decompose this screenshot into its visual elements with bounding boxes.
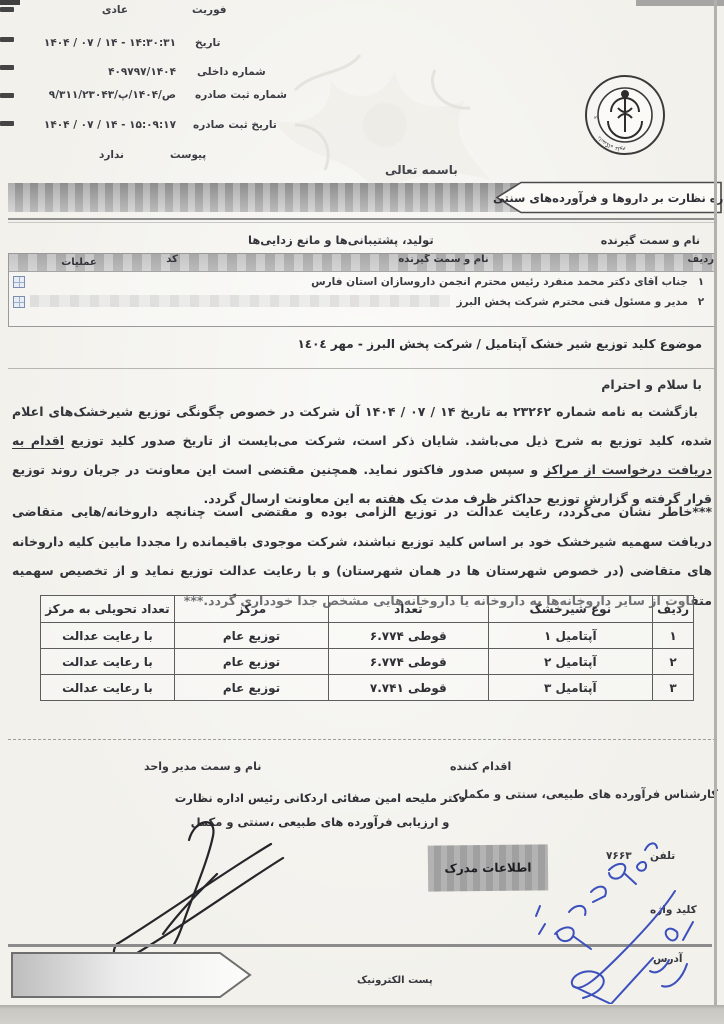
subject-divider	[8, 368, 716, 369]
scan-edge	[714, 0, 717, 1024]
distribution-table: ردیف نوع شیرخشک تعداد مرکز تعداد تحویلی …	[40, 595, 694, 701]
signature-divider	[8, 739, 716, 740]
attachment-label: پیوست	[170, 149, 206, 161]
recipient-name: جناب آقای دکتر محمد منفرد رئیس محترم انج…	[195, 276, 688, 288]
p1-text: بازگشت به نامه شماره ۲۳۲۶۲ به تاریخ ۱۴ /…	[12, 404, 712, 448]
cell-quantity: ۶.۷۷۴ قوطی	[329, 623, 488, 649]
divider-line-shadow	[8, 222, 716, 223]
scan-mark	[0, 0, 20, 5]
cell-milk-type: آپتامیل ۳	[488, 675, 653, 701]
salutation: با سلام و احترام	[601, 377, 702, 392]
outgoing-number-value: ص/۱۴۰۴/پ/۹/۳۱۱/۲۳۰۴۳	[49, 89, 176, 101]
dist-col-row: ردیف	[653, 596, 694, 623]
actor-title: کارشناس فرآورده های طبیعی، سنتی و مکمل	[458, 787, 718, 801]
dist-col-quantity: تعداد	[329, 596, 488, 623]
besmeleh-text: باسمه تعالی	[385, 163, 458, 177]
dist-col-center: مرکز	[174, 596, 328, 623]
cell-quantity: ۶.۷۷۴ قوطی	[329, 649, 488, 675]
recipients-table: ردیف نام و سمت گیرنده کد عملیات ۱ جناب آ…	[8, 253, 715, 327]
scanned-letter-page: فوریت عادی تاریخ ۱۴۰۴ / ۰۷ / ۱۴ - ۱۴:۳۰:…	[0, 0, 724, 1024]
scan-mark	[0, 65, 14, 70]
attachment-value: ندارد	[99, 149, 124, 161]
scan-edge	[0, 1005, 724, 1024]
cell-row-number: ۲	[653, 649, 694, 675]
divider-line	[8, 218, 716, 220]
distribution-row: ۱ آپتامیل ۱ ۶.۷۷۴ قوطی توزیع عام با رعای…	[41, 623, 694, 649]
body-paragraph-1: بازگشت به نامه شماره ۲۳۲۶۲ به تاریخ ۱۴ /…	[12, 397, 712, 513]
distribution-row: ۲ آپتامیل ۲ ۶.۷۷۴ قوطی توزیع عام با رعای…	[41, 649, 694, 675]
cell-milk-type: آپتامیل ۱	[488, 623, 653, 649]
cell-quantity: ۷.۷۴۱ قوطی	[329, 675, 488, 701]
cell-delivered: با رعایت عدالت	[41, 623, 175, 649]
date-value: ۱۴۰۴ / ۰۷ / ۱۴ - ۱۴:۳۰:۳۱	[44, 37, 176, 49]
recipient-caption: نام و سمت گیرنده	[601, 234, 700, 247]
actor-header: اقدام کننده	[450, 760, 511, 773]
col-actions: عملیات	[9, 254, 149, 271]
cell-delivered: با رعایت عدالت	[41, 649, 175, 675]
dist-col-type: نوع شیرخشک	[488, 596, 653, 623]
dist-col-delivered: تعداد تحویلی به مرکز	[41, 596, 175, 623]
banner-gray-bar	[8, 183, 520, 212]
internal-number-value: ۴۰۹۷۹۷/۱۴۰۴	[108, 66, 176, 78]
cell-center: توزیع عام	[174, 623, 328, 649]
recipients-table-header: ردیف نام و سمت گیرنده کد عملیات	[9, 254, 714, 272]
outgoing-date-value: ۱۴۰۴ / ۰۷ / ۱۴ - ۱۵:۰۹:۱۷	[44, 119, 176, 131]
university-seal-logo: دانشگاه علوم پزشکی و خدمات بهداشتی درمان…	[584, 74, 666, 156]
scan-mark	[0, 121, 14, 126]
department-banner-title: اداره نظارت بر داروها و فرآورده‌های سنتی	[509, 183, 721, 212]
outgoing-date-label: تاریخ ثبت صادره	[193, 119, 277, 131]
cell-center: توزیع عام	[174, 675, 328, 701]
cell-row-number: ۱	[653, 623, 694, 649]
recipient-row-number: ۲	[688, 296, 714, 308]
recipient-row-number: ۱	[688, 276, 714, 288]
urgency-value: عادی	[102, 4, 128, 16]
distribution-row: ۳ آپتامیل ۳ ۷.۷۴۱ قوطی توزیع عام با رعای…	[41, 675, 694, 701]
col-row-number: ردیف	[688, 254, 714, 271]
col-recipient-name: نام و سمت گیرنده	[195, 254, 688, 271]
grid-icon	[13, 296, 25, 308]
manager-header: نام و سمت مدیر واحد	[144, 760, 261, 773]
subject-line: موضوع کلید توزیع شیر خشک آپتامیل / شرکت …	[297, 337, 702, 351]
scan-smudge	[636, 0, 724, 6]
cell-milk-type: آپتامیل ۲	[488, 649, 653, 675]
distribution-header-row: ردیف نوع شیرخشک تعداد مرکز تعداد تحویلی …	[41, 596, 694, 623]
cell-delivered: با رعایت عدالت	[41, 675, 175, 701]
cell-center: توزیع عام	[174, 649, 328, 675]
col-code: کد	[149, 254, 195, 271]
date-label: تاریخ	[195, 37, 220, 49]
outgoing-number-label: شماره ثبت صادره	[195, 89, 287, 101]
internal-number-label: شماره داخلی	[197, 66, 266, 78]
handwritten-note-blue	[525, 836, 720, 1004]
scan-mark	[0, 7, 14, 12]
year-slogan: تولید، پشتیبانی‌ها و مانع زدایی‌ها	[248, 233, 434, 247]
scan-mark	[0, 93, 14, 98]
address-ribbon-shape	[10, 951, 254, 999]
scan-streak-artifact	[30, 295, 450, 307]
recipient-row: ۱ جناب آقای دکتر محمد منفرد رئیس محترم ا…	[9, 272, 714, 292]
urgency-label: فوریت	[192, 4, 227, 16]
cell-row-number: ۳	[653, 675, 694, 701]
scan-mark	[0, 37, 14, 42]
email-label: پست الکترونیک	[357, 975, 433, 986]
grid-icon	[13, 276, 25, 288]
